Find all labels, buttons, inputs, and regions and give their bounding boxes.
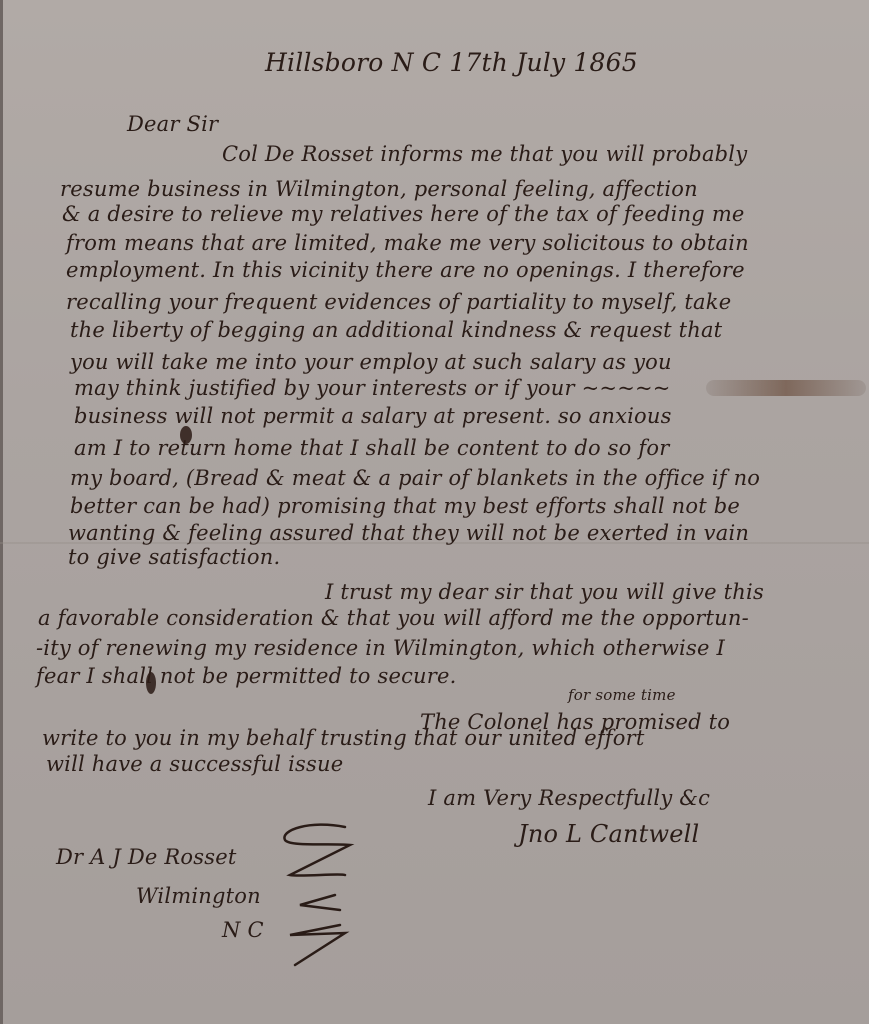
body-line: wanting & feeling assured that they will… [68,521,749,545]
body-line: -ity of renewing my residence in Wilming… [36,636,725,660]
dateline: Hillsboro N C 17th July 1865 [265,48,638,77]
body-line: may think justified by your interests or… [74,376,671,400]
letter-page: Hillsboro N C 17th July 1865 Dear Sir Co… [0,0,869,1024]
body-line: to give satisfaction. [68,545,280,569]
body-line: am I to return home that I shall be cont… [74,436,669,460]
body-line: Col De Rosset informs me that you will p… [222,142,747,166]
body-line: business will not permit a salary at pre… [74,404,672,428]
body-line: fear I shall not be permitted to secure. [36,664,457,688]
signature: Jno L Cantwell [518,820,699,848]
body-line: resume business in Wilmington, personal … [60,177,698,201]
flourish-icon [270,815,360,975]
ink-smear [706,380,866,396]
interlinear-insertion: for some time [568,686,676,704]
body-line: recalling your frequent evidences of par… [66,290,731,314]
body-line: you will take me into your employ at suc… [70,350,672,374]
body-line: better can be had) promising that my bes… [70,494,740,518]
ink-blot [180,426,192,444]
addressee-city: Wilmington [136,884,261,908]
body-line: write to you in my behalf trusting that … [42,726,645,750]
body-line: a favorable consideration & that you wil… [38,606,749,630]
body-line: from means that are limited, make me ver… [66,231,749,255]
ink-blot [146,672,156,694]
body-line: will have a successful issue [46,752,343,776]
addressee-name: Dr A J De Rosset [56,845,237,869]
body-line: my board, (Bread & meat & a pair of blan… [70,466,760,490]
body-line: the liberty of begging an additional kin… [70,318,722,342]
body-line: I trust my dear sir that you will give t… [325,580,764,604]
salutation: Dear Sir [127,112,218,136]
paper-edge [0,0,3,1024]
body-line: & a desire to relieve my relatives here … [62,202,745,226]
addressee-state: N C [222,918,264,942]
closing: I am Very Respectfully &c [428,786,710,810]
body-line: employment. In this vicinity there are n… [66,258,745,282]
